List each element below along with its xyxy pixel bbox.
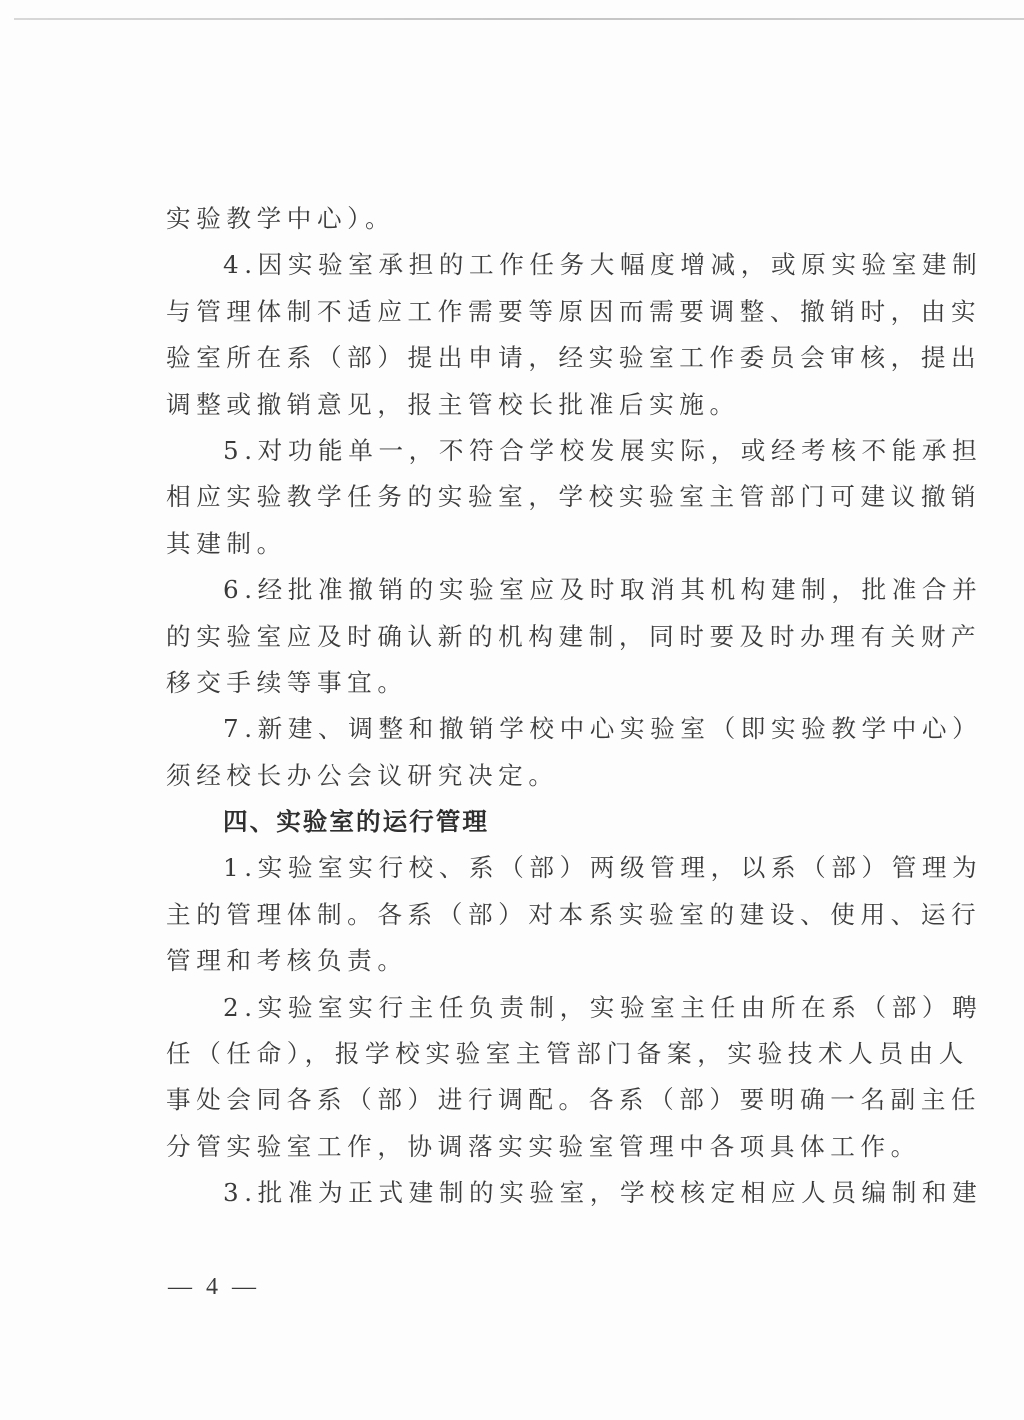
text-line: 管理和考核负责。 [166, 938, 901, 984]
text-line: 相应实验教学任务的实验室，学校实验室主管部门可建议撤销 [166, 474, 901, 520]
section-heading: 四、实验室的运行管理 [166, 799, 901, 845]
paragraph-item-6: 6.经批准撤销的实验室应及时取消其机构建制，批准合并 [166, 567, 901, 613]
text-line: 分管实验室工作，协调落实实验室管理中各项具体工作。 [166, 1124, 901, 1170]
text-line: 调整或撤销意见，报主管校长批准后实施。 [166, 382, 901, 428]
page-number: — 4 — [168, 1274, 260, 1301]
scan-edge-divider [14, 18, 1024, 20]
text-line: 实验教学中心）。 [166, 196, 901, 242]
text-line: 的实验室应及时确认新的机构建制，同时要及时办理有关财产 [166, 614, 901, 660]
text-line: 任（任命），报学校实验室主管部门备案，实验技术人员由人 [166, 1031, 901, 1077]
text-line: 其建制。 [166, 521, 901, 567]
paragraph-item-5: 5.对功能单一，不符合学校发展实际，或经考核不能承担 [166, 428, 901, 474]
text-line: 主的管理体制。各系（部）对本系实验室的建设、使用、运行 [166, 892, 901, 938]
document-page: 实验教学中心）。 4.因实验室承担的工作任务大幅度增减，或原实验室建制 与管理体… [0, 0, 1024, 1420]
document-body: 实验教学中心）。 4.因实验室承担的工作任务大幅度增减，或原实验室建制 与管理体… [166, 196, 901, 1217]
paragraph-item-2: 2.实验室实行主任负责制，实验室主任由所在系（部）聘 [166, 985, 901, 1031]
text-line: 与管理体制不适应工作需要等原因而需要调整、撤销时，由实 [166, 289, 901, 335]
paragraph-item-3: 3.批准为正式建制的实验室，学校核定相应人员编制和建 [166, 1170, 901, 1216]
text-line: 须经校长办公会议研究决定。 [166, 753, 901, 799]
paragraph-item-1: 1.实验室实行校、系（部）两级管理，以系（部）管理为 [166, 845, 901, 891]
text-line: 事处会同各系（部）进行调配。各系（部）要明确一名副主任 [166, 1077, 901, 1123]
paragraph-item-7: 7.新建、调整和撤销学校中心实验室（即实验教学中心） [166, 706, 901, 752]
text-line: 移交手续等事宜。 [166, 660, 901, 706]
paragraph-item-4: 4.因实验室承担的工作任务大幅度增减，或原实验室建制 [166, 242, 901, 288]
text-line: 验室所在系（部）提出申请，经实验室工作委员会审核，提出 [166, 335, 901, 381]
